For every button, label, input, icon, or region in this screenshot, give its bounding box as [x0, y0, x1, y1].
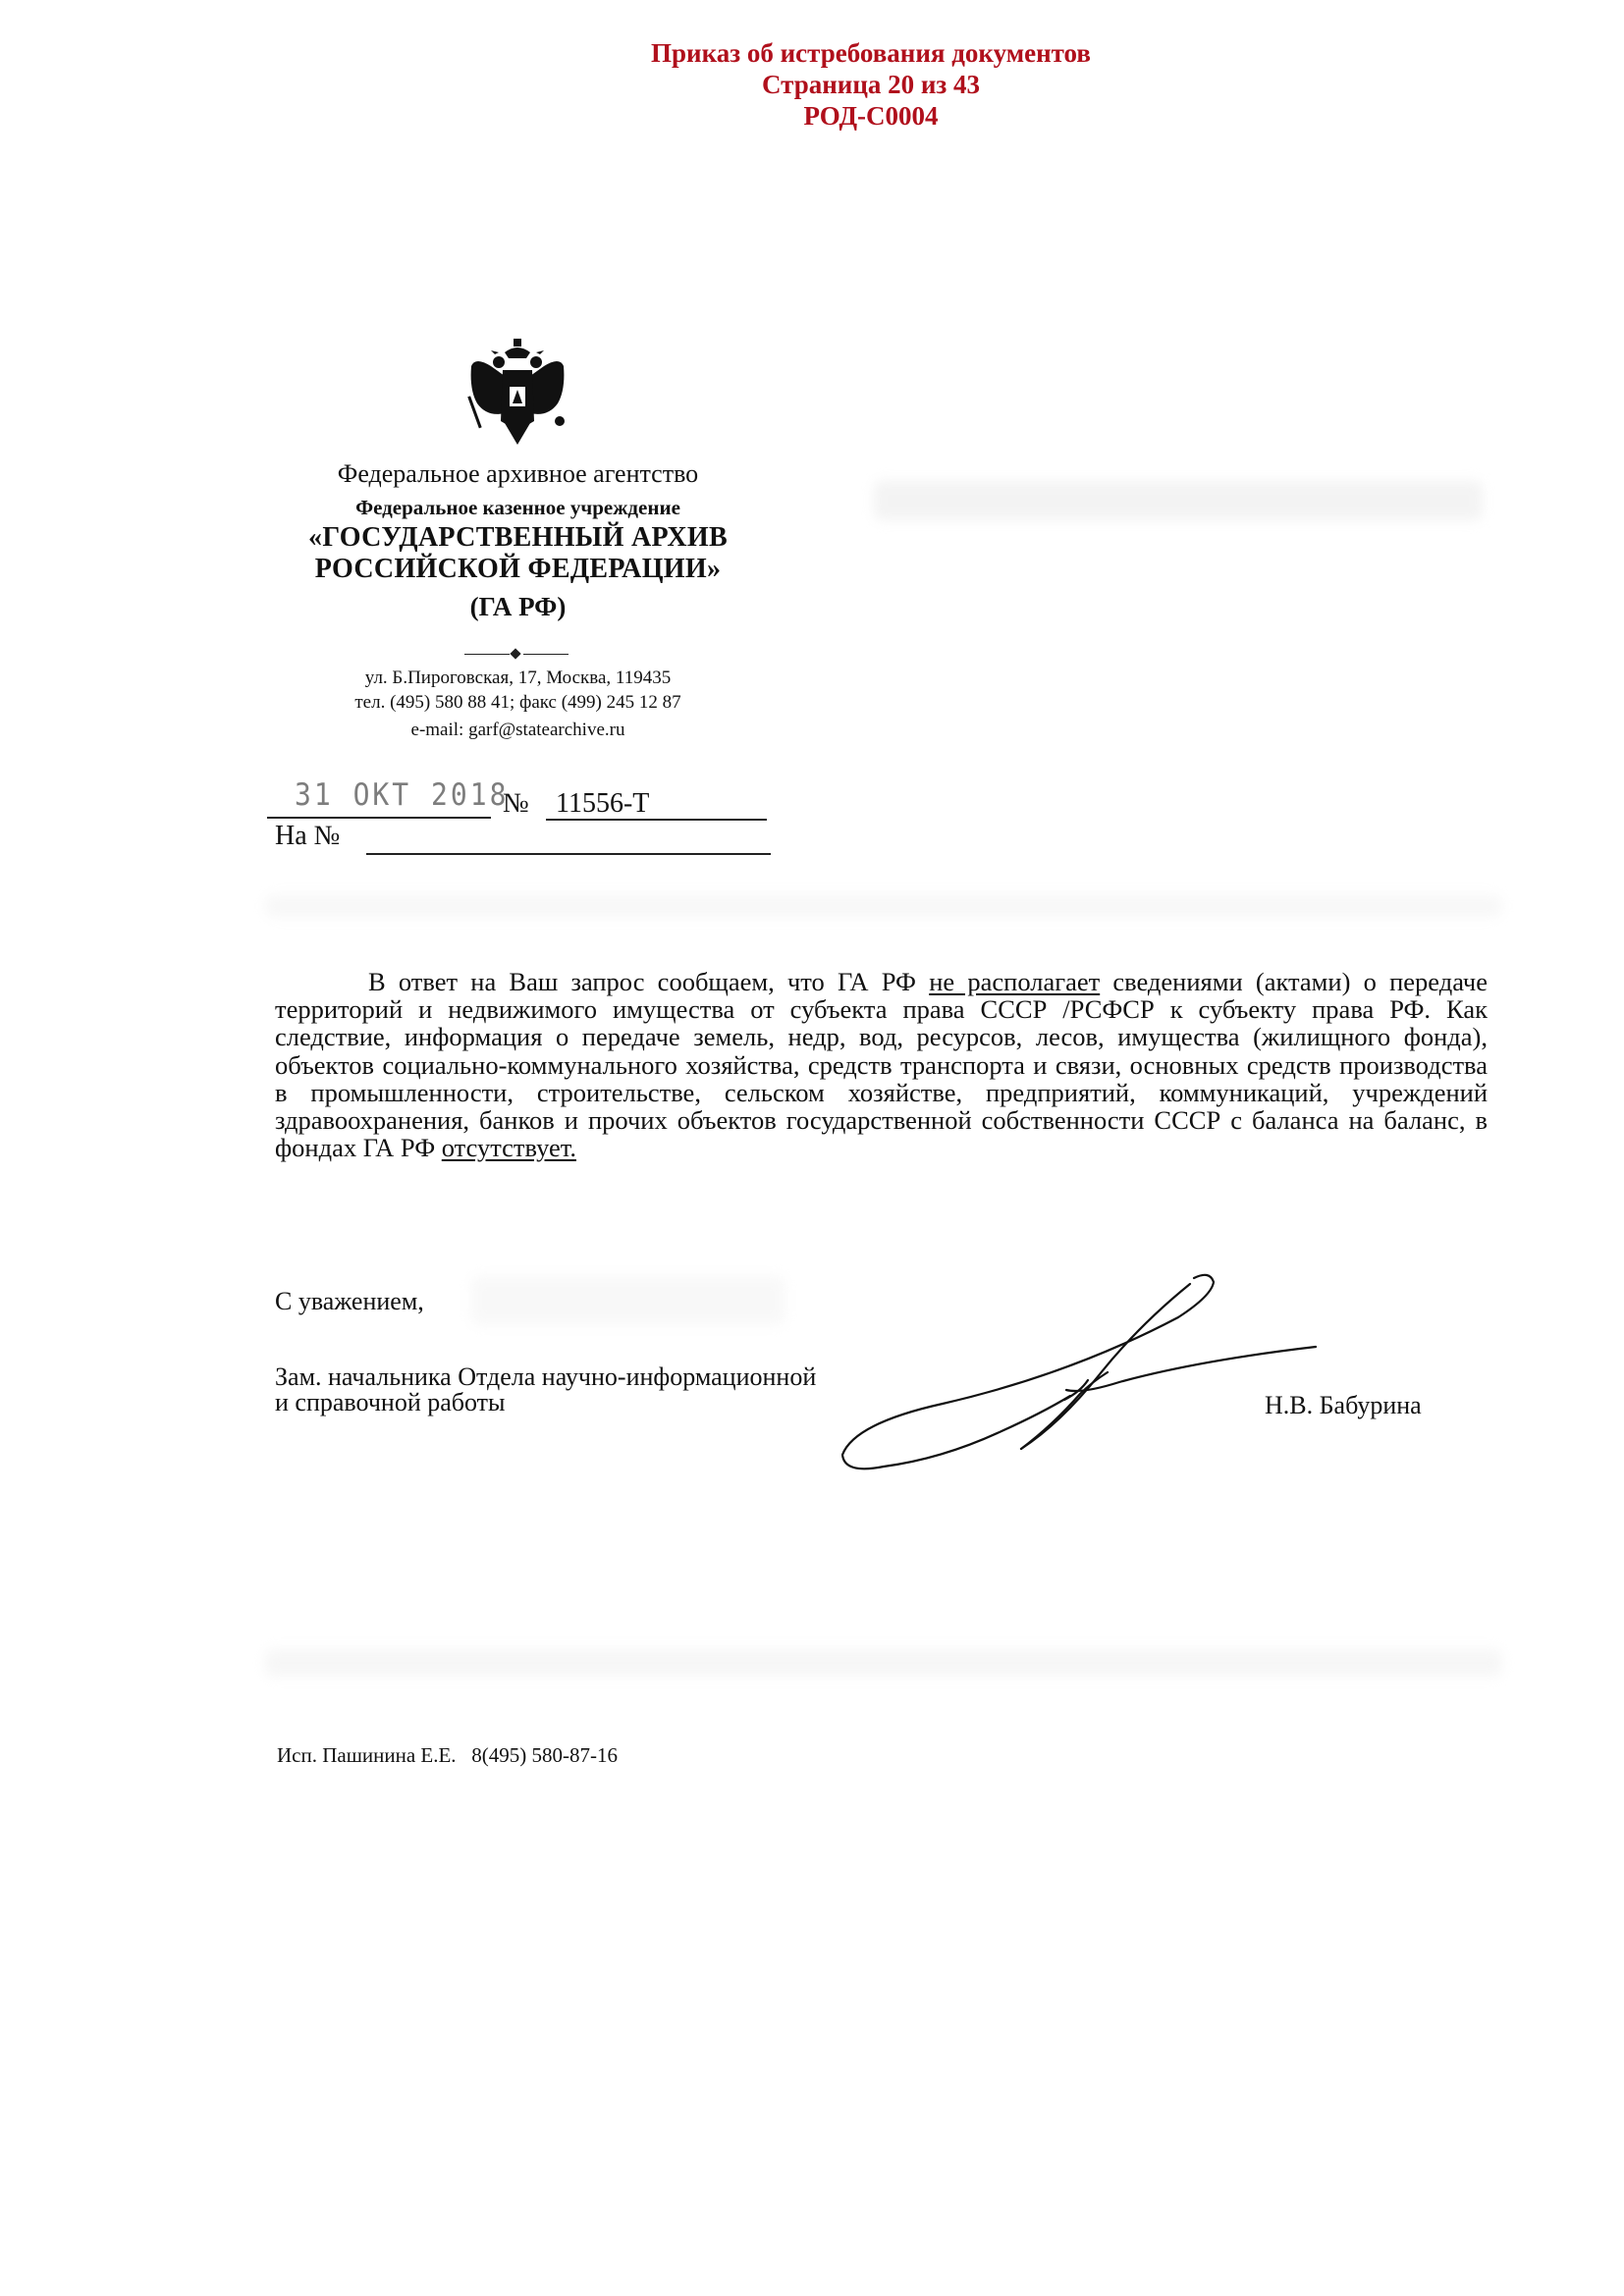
number-underline	[546, 819, 767, 821]
email-address: e-mail: garf@statearchive.ru	[275, 720, 761, 741]
scan-ghost	[471, 1276, 785, 1325]
institution-type: Федеральное казенное учреждение	[275, 496, 761, 520]
signer-position-line2: и справочной работы	[275, 1388, 506, 1417]
ornament-divider	[464, 654, 510, 655]
underlined-phrase: не располагает	[929, 967, 1100, 996]
scan-ghost	[874, 481, 1483, 520]
executor-contact: Исп. Пашинина Е.Е. 8(495) 580-87-16	[277, 1743, 618, 1768]
document-title: Приказ об истребования документов	[576, 37, 1165, 69]
institution-abbreviation: (ГА РФ)	[275, 592, 761, 622]
ornament-divider	[523, 654, 568, 655]
handwritten-signature-icon	[825, 1266, 1335, 1482]
number-sign: №	[503, 788, 529, 820]
underlined-phrase: отсутствует.	[442, 1133, 576, 1162]
russian-coat-of-arms-icon	[465, 337, 569, 447]
diamond-ornament-icon	[510, 648, 520, 659]
page-counter: Страница 20 из 43	[576, 69, 1165, 100]
reference-underline	[366, 853, 771, 855]
institution-name-line2: РОССИЙСКОЙ ФЕДЕРАЦИИ»	[275, 554, 761, 585]
agency-name: Федеральное архивное агентство	[275, 459, 761, 489]
reference-label: На №	[275, 821, 340, 852]
phone-fax: тел. (495) 580 88 41; факс (499) 245 12 …	[275, 692, 761, 714]
institution-name-line1: «ГОСУДАРСТВЕННЫЙ АРХИВ	[275, 522, 761, 554]
scan-ghost	[265, 895, 1502, 917]
document-code: РОД-С0004	[576, 100, 1165, 132]
body-text: В ответ на Ваш запрос сообщаем, что ГА Р…	[368, 967, 929, 996]
scan-ghost	[265, 1649, 1502, 1677]
date-stamp: 31 ОКТ 2018	[295, 776, 509, 812]
closing-regards: С уважением,	[275, 1287, 424, 1316]
date-underline	[267, 817, 491, 819]
postal-address: ул. Б.Пироговская, 17, Москва, 119435	[275, 667, 761, 689]
letter-body: В ответ на Ваш запрос сообщаем, что ГА Р…	[275, 968, 1488, 1161]
outgoing-number: 11556-Т	[556, 788, 649, 820]
executor-text: Исп. Пашинина Е.Е. 8(495) 580-87-16	[277, 1743, 618, 1767]
